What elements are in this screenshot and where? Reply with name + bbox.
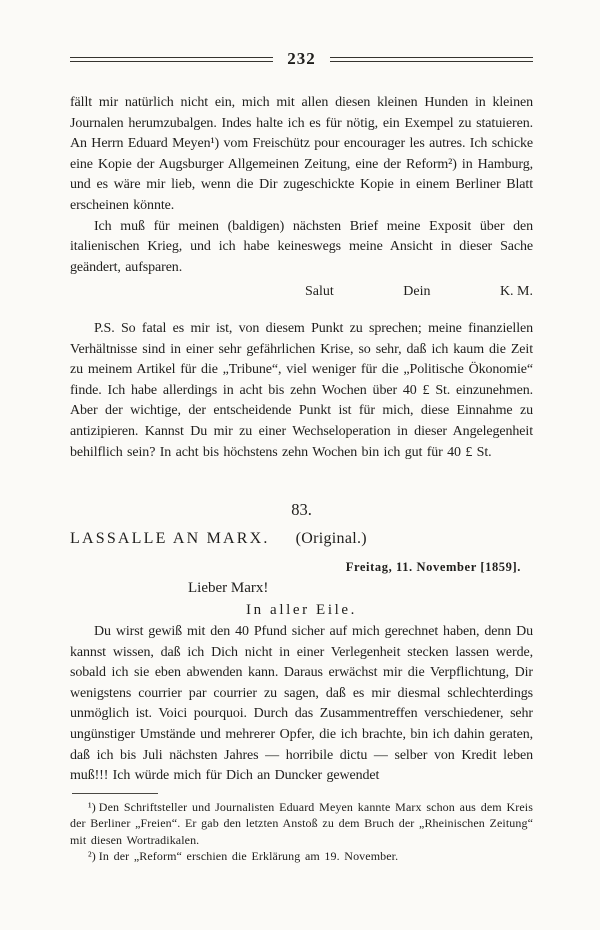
letter-dateline: Freitag, 11. November [1859]. xyxy=(70,559,521,575)
letter-body-paragraph: Du wirst gewiß mit den 40 Pfund sicher a… xyxy=(70,622,533,787)
signature-initials: K. M. xyxy=(500,282,533,303)
footnote-2-text: In der „Reform“ erschien die Erklärung a… xyxy=(99,849,398,863)
signature-row: Salut Dein K. M. xyxy=(305,282,533,303)
letter-heading-title: LASSALLE AN MARX. xyxy=(70,530,270,547)
letter-continuation-paragraph: fällt mir natürlich nicht ein, mich mit … xyxy=(70,93,533,217)
signature-dein: Dein xyxy=(403,282,430,303)
footnote-separator-rule xyxy=(72,793,158,794)
footnotes-section: ¹)Den Schriftsteller und Journalisten Ed… xyxy=(70,793,533,865)
footnote-1-text: Den Schriftsteller und Journalisten Edua… xyxy=(70,800,533,847)
page-number: 232 xyxy=(283,50,320,69)
letter-heading: LASSALLE AN MARX. (Original.) xyxy=(70,527,533,551)
letter-heading-original-label: (Original.) xyxy=(296,530,367,547)
page-header: 232 xyxy=(70,50,533,69)
header-rule-left xyxy=(70,57,273,62)
letter-salutation: Lieber Marx! xyxy=(188,578,533,599)
book-page: 232 fällt mir natürlich nicht ein, mich … xyxy=(0,0,600,930)
postscript-paragraph: P.S. So fatal es mir ist, von diesem Pun… xyxy=(70,319,533,463)
footnote-2-marker: ²) xyxy=(88,849,96,863)
letter-closing-paragraph: Ich muß für meinen (baldigen) nächsten B… xyxy=(70,217,533,279)
footnote-1-marker: ¹) xyxy=(88,800,96,814)
footnote-1: ¹)Den Schriftsteller und Journalisten Ed… xyxy=(70,799,533,848)
header-rule-right xyxy=(330,57,533,62)
signature-salut: Salut xyxy=(305,282,334,303)
letter-number: 83. xyxy=(70,499,533,521)
page-text: fällt mir natürlich nicht ein, mich mit … xyxy=(70,93,533,787)
footnote-2: ²)In der „Reform“ erschien die Erklärung… xyxy=(70,848,533,864)
letter-subheading: In aller Eile. xyxy=(70,600,533,621)
